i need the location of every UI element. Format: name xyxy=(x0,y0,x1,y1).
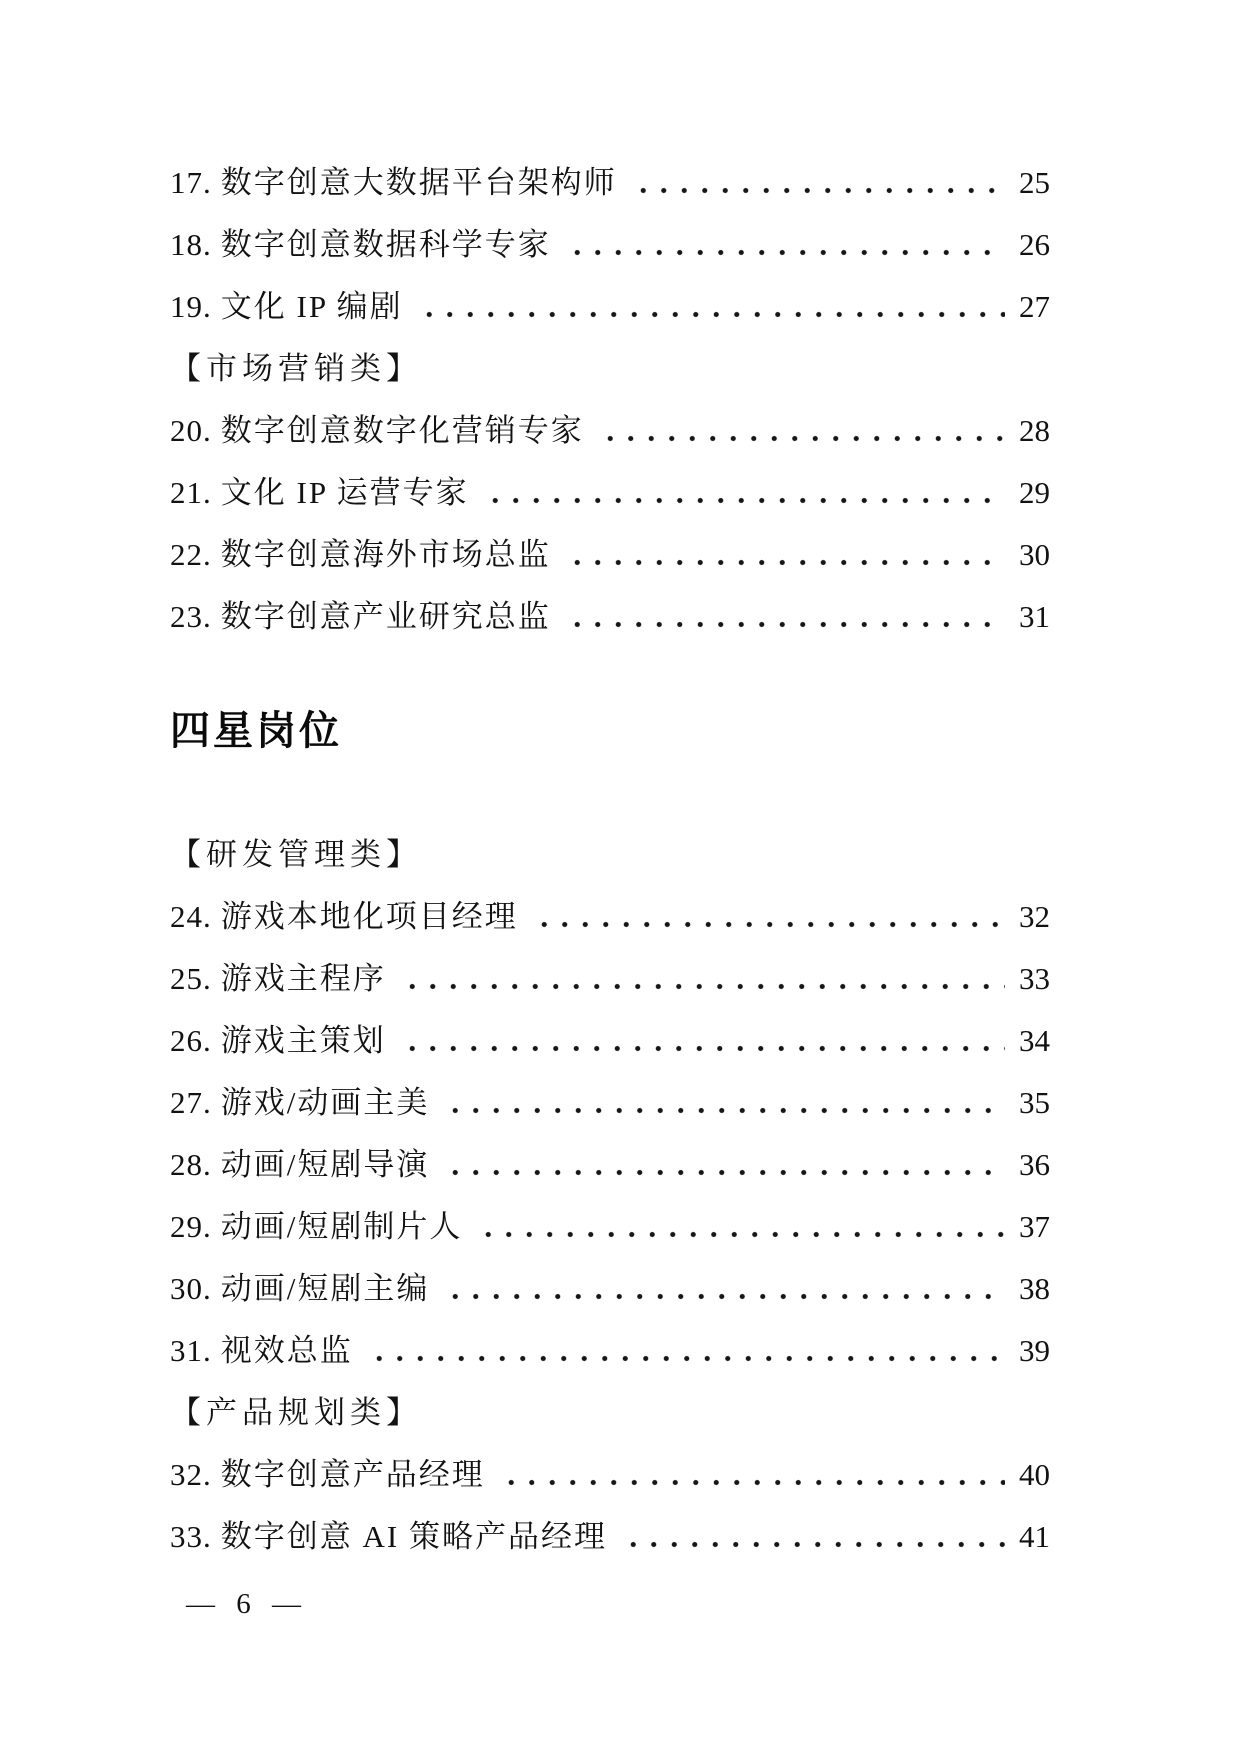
entry-page-number: 34 xyxy=(1019,1010,1050,1072)
entry-page-number: 33 xyxy=(1019,948,1050,1010)
dot-leader xyxy=(443,1088,1005,1119)
toc-entry: 26. 游戏主策划 34 xyxy=(170,1010,1050,1072)
entry-title: 数字创意产品经理 xyxy=(221,1444,485,1506)
dot-leader xyxy=(443,1150,1005,1181)
entry-number: 19. xyxy=(170,276,212,338)
toc-entry: 21. 文化 IP 运营专家 29 xyxy=(170,462,1050,524)
entry-number: 29. xyxy=(170,1196,212,1258)
entry-page-number: 37 xyxy=(1019,1196,1050,1258)
page-footer: — 6 — xyxy=(186,1588,303,1621)
toc-entry: 29. 动画/短剧制片人 37 xyxy=(170,1196,1050,1258)
toc-entry: 17. 数字创意大数据平台架构师 25 xyxy=(170,152,1050,214)
entry-page-number: 39 xyxy=(1019,1320,1050,1382)
toc-entry: 18. 数字创意数据科学专家 26 xyxy=(170,214,1050,276)
category-label: 【产品规划类】 xyxy=(170,1382,422,1444)
toc-entry: 23. 数字创意产业研究总监 31 xyxy=(170,586,1050,648)
toc-entry: 27. 游戏/动画主美 35 xyxy=(170,1072,1050,1134)
entry-title: 游戏主策划 xyxy=(221,1010,386,1072)
toc-entry: 30. 动画/短剧主编 38 xyxy=(170,1258,1050,1320)
dot-leader xyxy=(400,964,1005,995)
dot-leader xyxy=(565,602,1005,633)
entry-number: 31. xyxy=(170,1320,212,1382)
toc-category: 【市场营销类】 xyxy=(170,338,1050,400)
toc-category: 【产品规划类】 xyxy=(170,1382,1050,1444)
dot-leader xyxy=(598,416,1005,447)
entry-title: 视效总监 xyxy=(221,1320,353,1382)
entry-title: 文化 IP 运营专家 xyxy=(221,462,469,524)
dot-leader xyxy=(532,902,1005,933)
entry-page-number: 26 xyxy=(1019,214,1050,276)
entry-title: 数字创意数据科学专家 xyxy=(221,214,551,276)
toc-entry: 28. 动画/短剧导演 36 xyxy=(170,1134,1050,1196)
entry-page-number: 36 xyxy=(1019,1134,1050,1196)
dot-leader xyxy=(400,1026,1005,1057)
toc-entry: 19. 文化 IP 编剧 27 xyxy=(170,276,1050,338)
entry-page-number: 32 xyxy=(1019,886,1050,948)
entry-page-number: 41 xyxy=(1019,1506,1050,1568)
entry-number: 26. xyxy=(170,1010,212,1072)
entry-page-number: 40 xyxy=(1019,1444,1050,1506)
entry-title: 动画/短剧导演 xyxy=(221,1134,430,1196)
dot-leader xyxy=(565,230,1005,261)
entry-page-number: 38 xyxy=(1019,1258,1050,1320)
dot-leader xyxy=(621,1522,1005,1553)
entry-title: 游戏/动画主美 xyxy=(221,1072,430,1134)
entry-title: 数字创意大数据平台架构师 xyxy=(221,152,617,214)
dot-leader xyxy=(443,1274,1005,1305)
toc-section-heading: 四星岗位 xyxy=(170,691,1050,763)
entry-title: 数字创意 AI 策略产品经理 xyxy=(221,1506,607,1568)
entry-page-number: 31 xyxy=(1019,586,1050,648)
entry-title: 数字创意产业研究总监 xyxy=(221,586,551,648)
entry-number: 22. xyxy=(170,524,212,586)
entry-number: 25. xyxy=(170,948,212,1010)
dot-leader xyxy=(367,1336,1005,1367)
toc-entry: 33. 数字创意 AI 策略产品经理 41 xyxy=(170,1506,1050,1568)
entry-page-number: 35 xyxy=(1019,1072,1050,1134)
toc-entry: 22. 数字创意海外市场总监 30 xyxy=(170,524,1050,586)
category-label: 【市场营销类】 xyxy=(170,338,422,400)
entry-title: 游戏本地化项目经理 xyxy=(221,886,518,948)
toc-entry: 31. 视效总监 39 xyxy=(170,1320,1050,1382)
toc-entry: 20. 数字创意数字化营销专家 28 xyxy=(170,400,1050,462)
entry-page-number: 30 xyxy=(1019,524,1050,586)
entry-page-number: 25 xyxy=(1019,152,1050,214)
entry-title: 文化 IP 编剧 xyxy=(221,276,403,338)
entry-number: 30. xyxy=(170,1258,212,1320)
entry-number: 23. xyxy=(170,586,212,648)
entry-number: 27. xyxy=(170,1072,212,1134)
entry-title: 动画/短剧主编 xyxy=(221,1258,430,1320)
entry-page-number: 28 xyxy=(1019,400,1050,462)
table-of-contents: 17. 数字创意大数据平台架构师 25 18. 数字创意数据科学专家 26 19… xyxy=(170,152,1050,1568)
dot-leader xyxy=(631,168,1005,199)
entry-title: 动画/短剧制片人 xyxy=(221,1196,463,1258)
entry-number: 24. xyxy=(170,886,212,948)
entry-number: 17. xyxy=(170,152,212,214)
dot-leader xyxy=(565,540,1005,571)
toc-entry: 24. 游戏本地化项目经理 32 xyxy=(170,886,1050,948)
entry-title: 游戏主程序 xyxy=(221,948,386,1010)
dot-leader xyxy=(417,292,1005,323)
toc-category: 【研发管理类】 xyxy=(170,824,1050,886)
entry-title: 数字创意海外市场总监 xyxy=(221,524,551,586)
category-label: 【研发管理类】 xyxy=(170,824,422,886)
entry-number: 20. xyxy=(170,400,212,462)
entry-number: 32. xyxy=(170,1444,212,1506)
dot-leader xyxy=(499,1460,1005,1491)
document-page: 17. 数字创意大数据平台架构师 25 18. 数字创意数据科学专家 26 19… xyxy=(0,0,1241,1754)
dot-leader xyxy=(476,1212,1005,1243)
entry-number: 33. xyxy=(170,1506,212,1568)
entry-title: 数字创意数字化营销专家 xyxy=(221,400,584,462)
entry-number: 21. xyxy=(170,462,212,524)
entry-number: 28. xyxy=(170,1134,212,1196)
entry-page-number: 27 xyxy=(1019,276,1050,338)
entry-number: 18. xyxy=(170,214,212,276)
dot-leader xyxy=(483,478,1005,509)
entry-page-number: 29 xyxy=(1019,462,1050,524)
toc-entry: 25. 游戏主程序 33 xyxy=(170,948,1050,1010)
toc-entry: 32. 数字创意产品经理 40 xyxy=(170,1444,1050,1506)
